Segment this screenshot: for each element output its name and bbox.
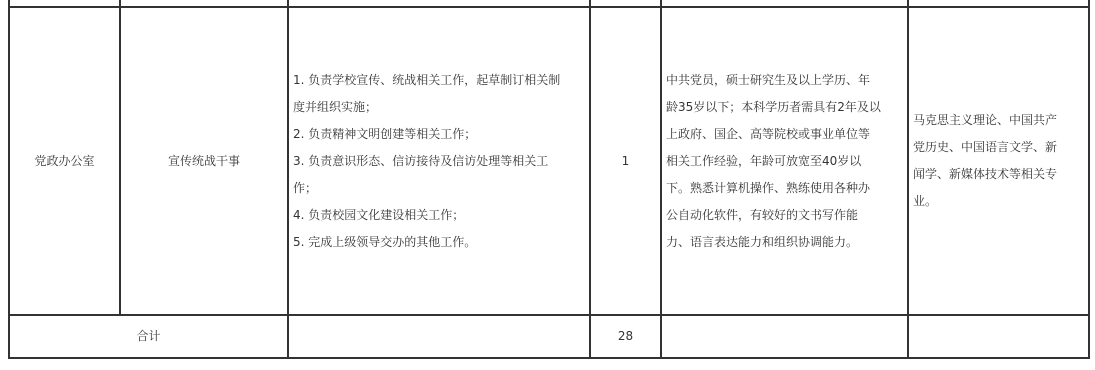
- cell: [661, 315, 908, 358]
- job-positions-table: 党政办公室 宣传统战干事 1. 负责学校宣传、统战相关工作，起草制订相关制 度并…: [8, 0, 1090, 359]
- requirement-line: 下。熟悉计算机操作、熟练使用各种办: [666, 175, 905, 202]
- duty-line: 2. 负责精神文明创建等相关工作；: [293, 121, 587, 148]
- duty-line: 3. 负责意识形态、信访接待及信访处理等相关工: [293, 148, 587, 175]
- requirement-line: 力、语言表达能力和组织协调能力。: [666, 229, 905, 256]
- cell: [9, 0, 120, 7]
- major-line: 业。: [913, 188, 1086, 215]
- duty-line: 4. 负责校园文化建设相关工作；: [293, 202, 587, 229]
- requirements-cell: 中共党员，硕士研究生及以上学历、年 龄35岁以下；本科学历者需具有2年及以 上政…: [661, 7, 908, 315]
- cell: [288, 0, 590, 7]
- major-line: 马克思主义理论、中国共产: [913, 107, 1086, 134]
- requirement-line: 龄35岁以下；本科学历者需具有2年及以: [666, 94, 905, 121]
- cell: [661, 0, 908, 7]
- duty-line: 度并组织实施；: [293, 94, 587, 121]
- major-line: 党历史、中国语言文学、新: [913, 134, 1086, 161]
- cell: [288, 315, 590, 358]
- count-cell: 1: [590, 7, 661, 315]
- requirement-line: 公自动化软件，有较好的文书写作能: [666, 202, 905, 229]
- cell: [120, 0, 288, 7]
- total-label: 合计: [9, 315, 288, 358]
- requirement-line: 上政府、国企、高等院校或事业单位等: [666, 121, 905, 148]
- duty-line: 作；: [293, 175, 587, 202]
- position-cell: 宣传统战干事: [120, 7, 288, 315]
- cell: [590, 0, 661, 7]
- duties-cell: 1. 负责学校宣传、统战相关工作，起草制订相关制 度并组织实施； 2. 负责精神…: [288, 7, 590, 315]
- cell: [908, 0, 1089, 7]
- department-cell: 党政办公室: [9, 7, 120, 315]
- requirement-line: 相关工作经验，年龄可放宽至40岁以: [666, 148, 905, 175]
- total-row: 合计 28: [9, 315, 1089, 358]
- requirement-line: 中共党员，硕士研究生及以上学历、年: [666, 67, 905, 94]
- majors-cell: 马克思主义理论、中国共产 党历史、中国语言文学、新 闻学、新媒体技术等相关专 业…: [908, 7, 1089, 315]
- duty-line: 1. 负责学校宣传、统战相关工作，起草制订相关制: [293, 67, 587, 94]
- table-row: 党政办公室 宣传统战干事 1. 负责学校宣传、统战相关工作，起草制订相关制 度并…: [9, 7, 1089, 315]
- total-count: 28: [590, 315, 661, 358]
- duty-line: 5. 完成上级领导交办的其他工作。: [293, 229, 587, 256]
- major-line: 闻学、新媒体技术等相关专: [913, 161, 1086, 188]
- previous-row-fragment: [9, 0, 1089, 7]
- cell: [908, 315, 1089, 358]
